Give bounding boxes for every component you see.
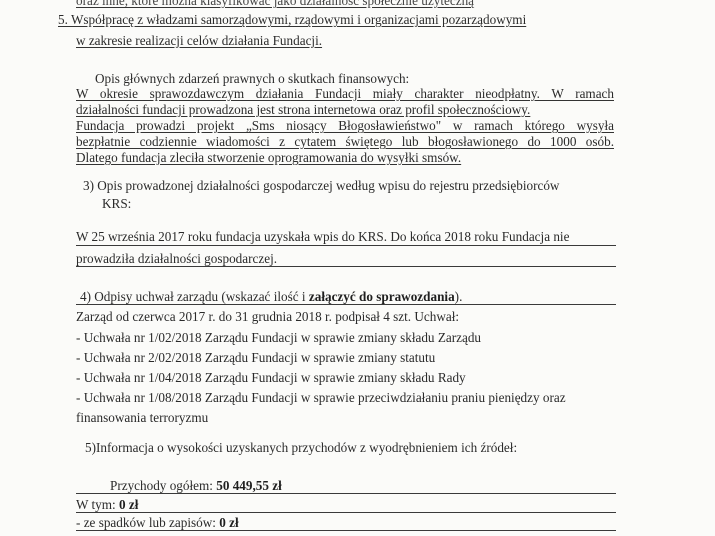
- events-line: Dlatego fundacja zleciła stworzenie opro…: [76, 150, 461, 166]
- resolution-item: - Uchwała nr 2/02/2018 Zarządu Fundacji …: [76, 350, 435, 366]
- text-line: 5. Współpracę z władzami samorządowymi, …: [58, 12, 526, 28]
- underline-rule: [76, 493, 616, 494]
- underline-rule: [76, 512, 616, 513]
- events-line: bezpłatnie codziennie wiadomości z cytat…: [76, 134, 614, 150]
- value: 0 zł: [119, 497, 138, 512]
- resolution-item: - Uchwała nr 1/02/2018 Zarządu Fundacji …: [76, 330, 481, 346]
- heading-text: ).: [455, 289, 463, 304]
- item-5-line-2: w zakresie realizacji celów działania Fu…: [76, 33, 322, 49]
- section-4-intro: Zarząd od czerwca 2017 r. do 31 grudnia …: [76, 309, 459, 325]
- underline-rule: [76, 266, 616, 267]
- resolution-item-cont: finansowania terroryzmu: [76, 410, 208, 426]
- label: W tym:: [76, 497, 119, 512]
- events-heading: Opis głównych zdarzeń prawnych o skutkac…: [95, 71, 409, 87]
- section-4-heading: 4) Odpisy uchwał zarządu (wskazać ilość …: [80, 289, 462, 305]
- resolution-item: - Uchwała nr 1/08/2018 Zarządu Fundacji …: [76, 390, 566, 406]
- section-5-heading: 5)Informacja o wysokości uzyskanych przy…: [85, 440, 517, 456]
- section-3-heading: 3) Opis prowadzonej działalności gospoda…: [83, 178, 559, 194]
- section-3-heading-cont: KRS:: [102, 196, 131, 212]
- value: 50 449,55 zł: [216, 478, 282, 493]
- events-line: Fundacja prowadzi projekt „Sms niosący B…: [76, 118, 614, 134]
- events-line: W okresie sprawozdawczym działania Funda…: [76, 86, 614, 102]
- text-line: oraz inne, które można klasyfikować jako…: [76, 0, 474, 9]
- resolution-item: - Uchwała nr 1/04/2018 Zarządu Fundacji …: [76, 370, 466, 386]
- events-line: działalności fundacji prowadzona jest st…: [76, 102, 530, 118]
- document-page: oraz inne, które można klasyfikować jako…: [0, 0, 715, 536]
- underline-rule: [76, 530, 616, 531]
- including-revenue: W tym: 0 zł: [76, 497, 138, 513]
- item-5-line-1: 5. Współpracę z władzami samorządowymi, …: [58, 12, 526, 27]
- label: Przychody ogółem:: [110, 478, 216, 493]
- value: 0 zł: [219, 515, 238, 530]
- underline-rule: [76, 304, 616, 305]
- inheritance-revenue: - ze spadków lub zapisów: 0 zł: [76, 515, 239, 531]
- heading-bold-text: załączyć do sprawozdania: [309, 289, 455, 304]
- label: - ze spadków lub zapisów:: [76, 515, 219, 530]
- section-3-text: prowadziła działalności gospodarczej.: [76, 251, 277, 267]
- section-3-text: W 25 września 2017 roku fundacja uzyskał…: [76, 229, 569, 245]
- underline-rule: [76, 245, 616, 246]
- total-revenue: Przychody ogółem: 50 449,55 zł: [110, 478, 282, 494]
- heading-text: 4) Odpisy uchwał zarządu (wskazać ilość …: [80, 289, 309, 304]
